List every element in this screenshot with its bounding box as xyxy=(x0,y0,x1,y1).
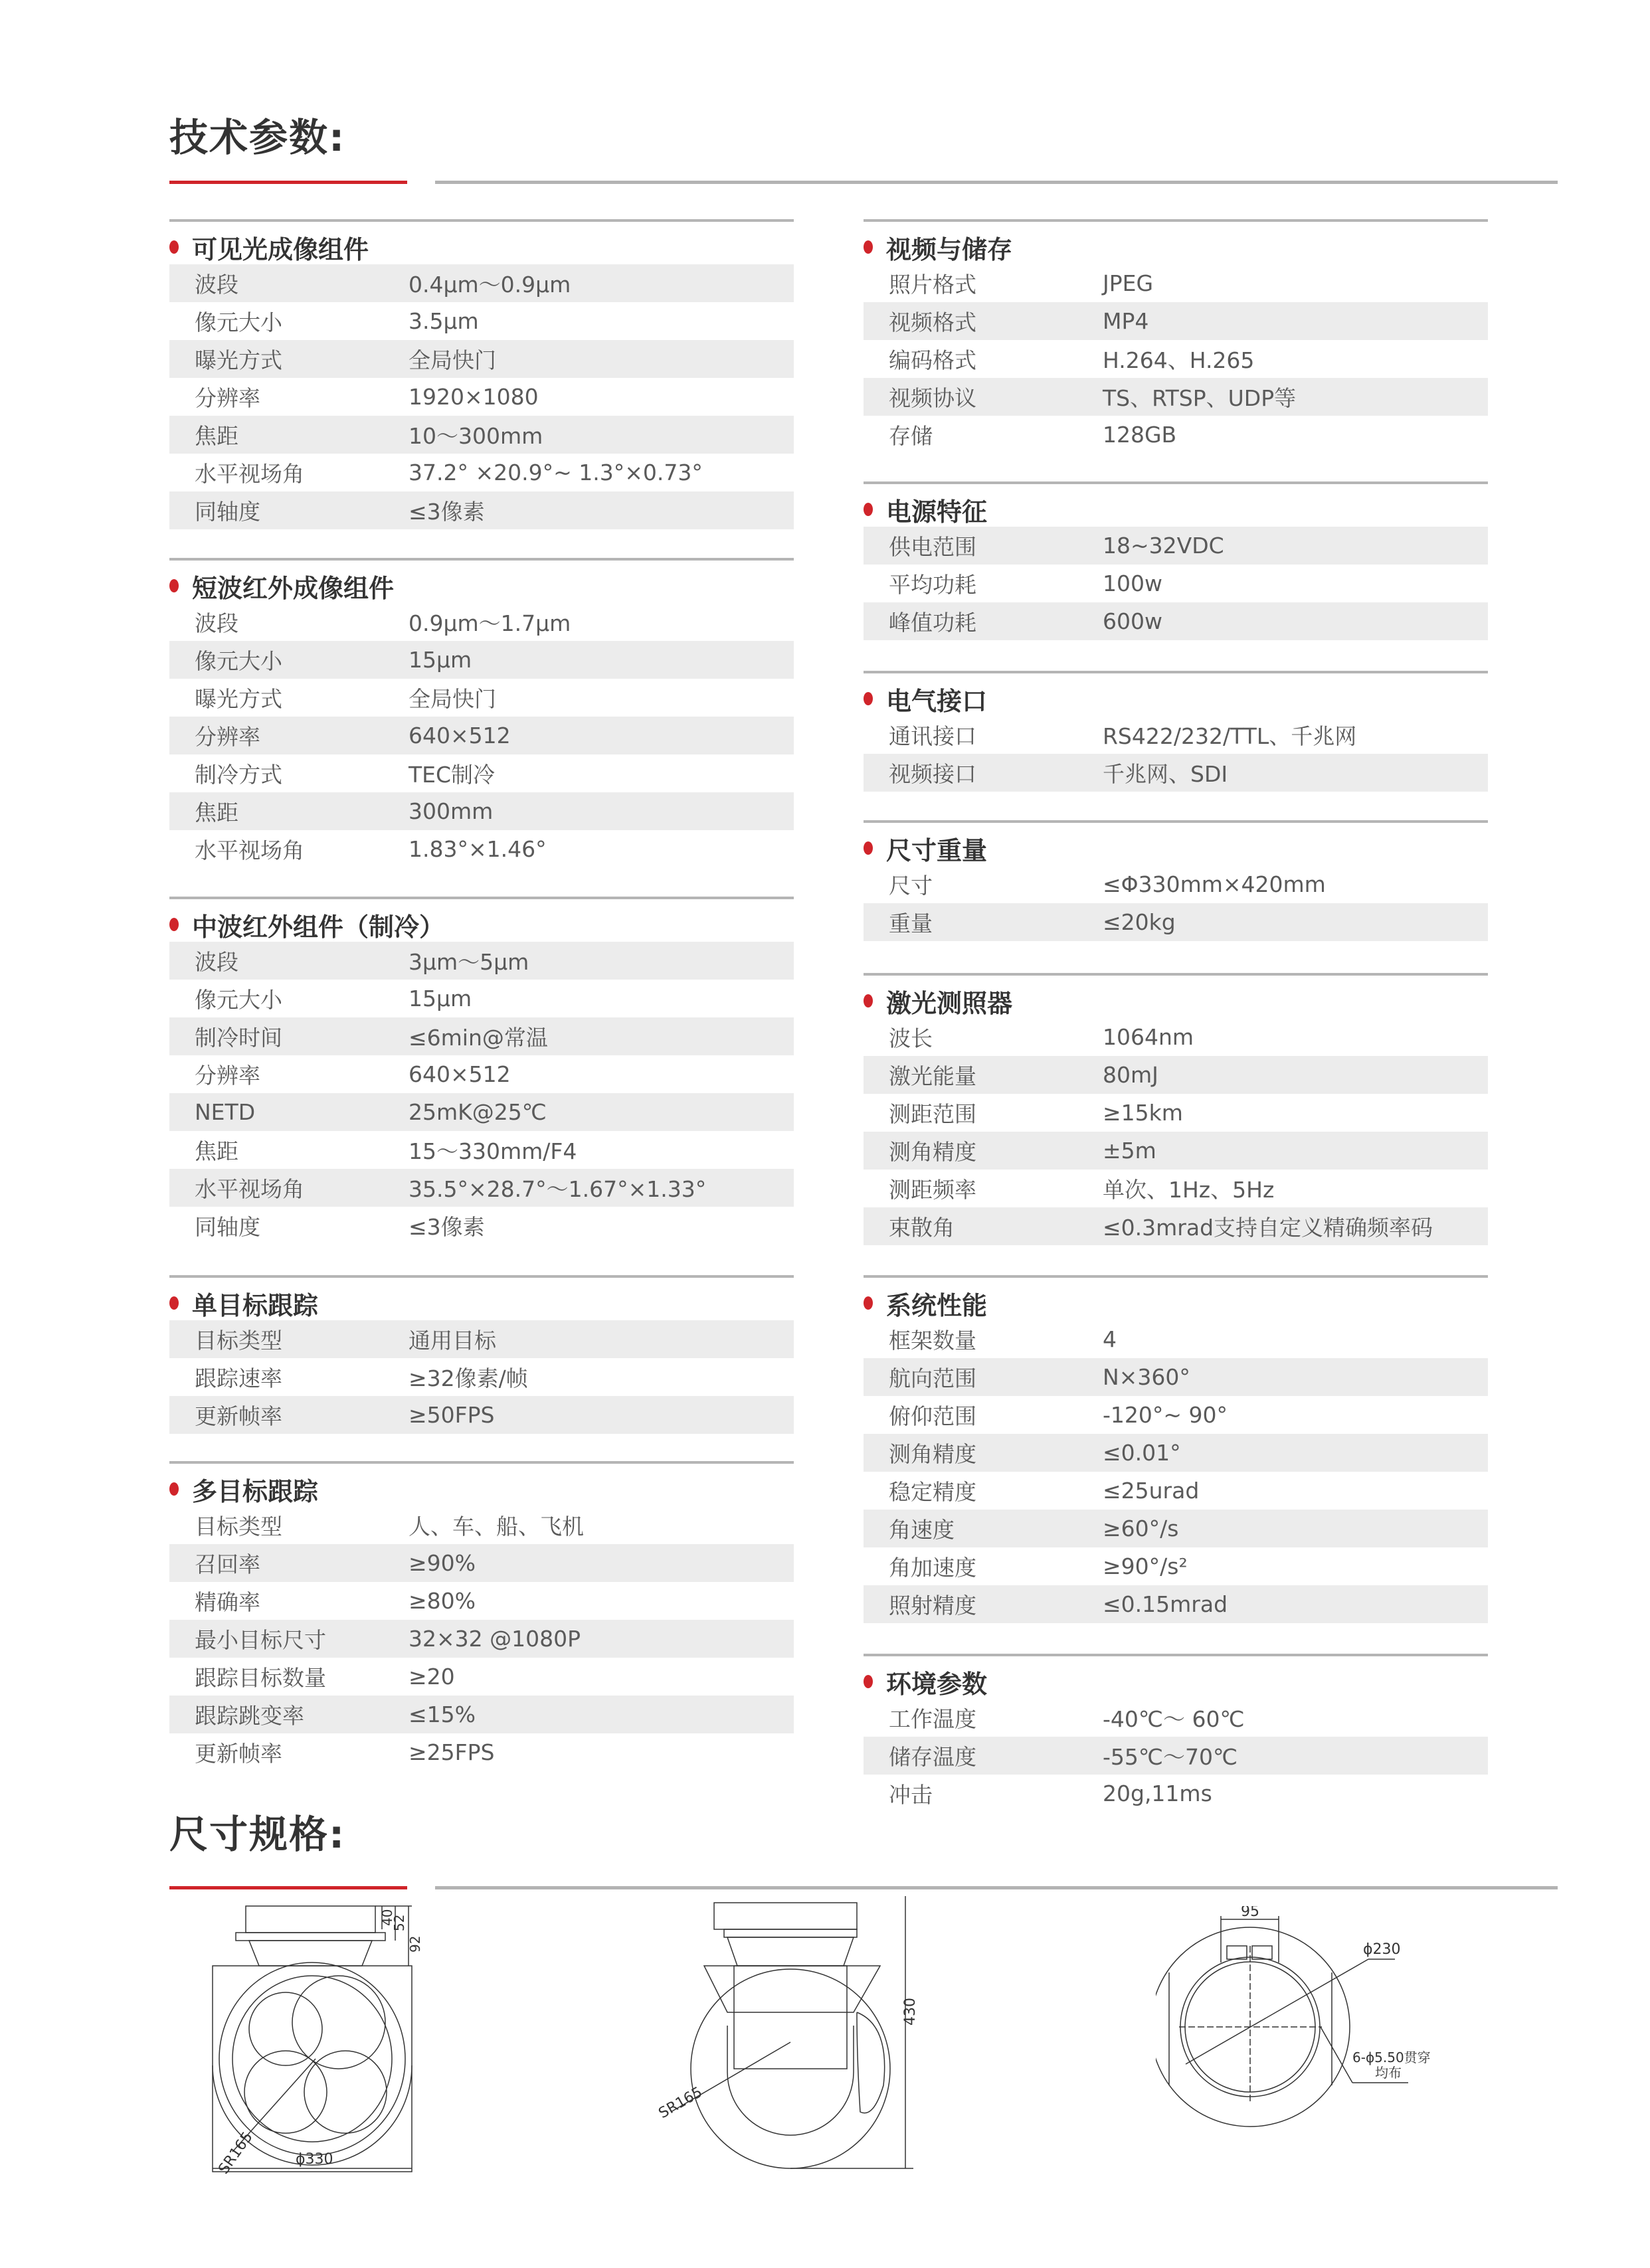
spec-value: ≥90°/s² xyxy=(1103,1553,1488,1579)
section-title: 中波红外组件（制冷） xyxy=(192,907,444,943)
spec-value: 千兆网、SDI xyxy=(1103,757,1488,788)
spec-label: 尺寸 xyxy=(864,869,1103,900)
spec-row: 照片格式JPEG xyxy=(864,264,1488,302)
section-header: 系统性能 xyxy=(864,1286,1488,1320)
spec-label: 角速度 xyxy=(864,1513,1103,1544)
spec-label: 跟踪速率 xyxy=(169,1361,409,1393)
bullet-dot-icon xyxy=(169,918,179,931)
spec-row: 视频协议TS、RTSP、UDP等 xyxy=(864,378,1488,416)
spec-label: 波段 xyxy=(169,945,409,976)
spec-value: ≤3像素 xyxy=(409,1210,794,1241)
spec-row: 同轴度≤3像素 xyxy=(169,1207,794,1245)
spec-label: 照射精度 xyxy=(864,1589,1103,1620)
section-title: 系统性能 xyxy=(886,1285,987,1322)
spec-label: 测角精度 xyxy=(864,1135,1103,1166)
spec-row: 波段3μm～5μm xyxy=(169,942,794,980)
spec-row: 水平视场角37.2° ×20.9°~ 1.3°×0.73° xyxy=(169,454,794,491)
spec-section: 单目标跟踪目标类型通用目标跟踪速率≥32像素/帧更新帧率≥50FPS xyxy=(169,1275,794,1434)
bullet-dot-icon xyxy=(864,1296,873,1310)
spec-section: 激光测照器波长1064nm激光能量80mJ测距范围≥15km测角精度±5m测距频… xyxy=(864,973,1488,1245)
spec-value: 1.83°×1.46° xyxy=(409,836,794,862)
spec-row: 焦距15～330mm/F4 xyxy=(169,1131,794,1169)
spec-label: 测角精度 xyxy=(864,1437,1103,1468)
spec-value: ≥15km xyxy=(1103,1100,1488,1126)
bullet-dot-icon xyxy=(864,692,873,705)
spec-value: ≤0.01° xyxy=(1103,1440,1488,1466)
section-divider xyxy=(864,820,1488,823)
spec-label: 同轴度 xyxy=(169,495,409,526)
section-header: 短波红外成像组件 xyxy=(169,568,794,603)
spec-label: 存储 xyxy=(864,419,1103,450)
bottom-diameter-label: ϕ230 xyxy=(1363,1941,1401,1958)
spec-value: ≥25FPS xyxy=(409,1739,794,1765)
spec-row: 测角精度±5m xyxy=(864,1132,1488,1170)
spec-label: 角加速度 xyxy=(864,1551,1103,1582)
spec-row: 更新帧率≥50FPS xyxy=(169,1396,794,1434)
spec-value: ≤20kg xyxy=(1103,909,1488,935)
spec-label: 供电范围 xyxy=(864,530,1103,561)
spec-row: 目标类型人、车、船、飞机 xyxy=(169,1506,794,1544)
holes-label-line2: 均布 xyxy=(1375,2065,1402,2081)
spec-label: 焦距 xyxy=(169,1134,409,1166)
spec-row: 通讯接口RS422/232/TTL、千兆网 xyxy=(864,716,1488,754)
spec-value: ≤15% xyxy=(409,1701,794,1727)
bullet-dot-icon xyxy=(169,1296,179,1310)
section-divider xyxy=(864,973,1488,976)
spec-label: 重量 xyxy=(864,907,1103,938)
spec-row: 更新帧率≥25FPS xyxy=(169,1733,794,1771)
spec-value: ≥60°/s xyxy=(1103,1516,1488,1541)
bullet-dot-icon xyxy=(169,579,179,592)
spec-row: 同轴度≤3像素 xyxy=(169,491,794,529)
bullet-dot-icon xyxy=(864,503,873,516)
bottom-width-label: 95 xyxy=(1241,1906,1259,1920)
spec-value: 3μm～5μm xyxy=(409,945,794,976)
spec-label: 波长 xyxy=(864,1021,1103,1053)
spec-label: 航向范围 xyxy=(864,1361,1103,1393)
spec-label: 目标类型 xyxy=(169,1510,409,1541)
spec-section: 多目标跟踪目标类型人、车、船、飞机召回率≥90%精确率≥80%最小目标尺寸32×… xyxy=(169,1461,794,1771)
spec-value: ≥32像素/帧 xyxy=(409,1361,794,1393)
bottom-view-drawing: 95 ϕ230 6-ϕ5.50贯穿 均布 xyxy=(1156,1906,1501,2198)
spec-label: 分辨率 xyxy=(169,1059,409,1090)
spec-label: NETD xyxy=(169,1099,409,1125)
spec-row: 激光能量80mJ xyxy=(864,1056,1488,1094)
spec-label: 同轴度 xyxy=(169,1210,409,1241)
spec-value: 20g,11ms xyxy=(1103,1781,1488,1806)
section-divider xyxy=(169,897,794,899)
spec-label: 跟踪跳变率 xyxy=(169,1699,409,1730)
spec-value: 通用目标 xyxy=(409,1324,794,1355)
spec-row: 分辨率1920×1080 xyxy=(169,378,794,416)
spec-row: 束散角≤0.3mrad支持自定义精确频率码 xyxy=(864,1207,1488,1245)
section-title: 电源特征 xyxy=(886,491,987,528)
spec-value: ≥90% xyxy=(409,1550,794,1576)
spec-label: 测距范围 xyxy=(864,1097,1103,1128)
spec-label: 跟踪目标数量 xyxy=(169,1661,409,1692)
spec-value: MP4 xyxy=(1103,308,1488,334)
bullet-dot-icon xyxy=(864,994,873,1007)
spec-row: 角加速度≥90°/s² xyxy=(864,1547,1488,1585)
spec-label: 冲击 xyxy=(864,1778,1103,1809)
section-header: 环境参数 xyxy=(864,1664,1488,1699)
spec-value: 全局快门 xyxy=(409,682,794,713)
spec-value: 15μm xyxy=(409,986,794,1011)
spec-label: 水平视场角 xyxy=(169,457,409,488)
section-divider xyxy=(864,1275,1488,1278)
spec-row: 测角精度≤0.01° xyxy=(864,1434,1488,1472)
spec-label: 稳定精度 xyxy=(864,1475,1103,1506)
spec-row: 像元大小15μm xyxy=(169,641,794,679)
spec-value: -40℃～ 60℃ xyxy=(1103,1702,1488,1733)
section-header: 尺寸重量 xyxy=(864,831,1488,865)
spec-label: 更新帧率 xyxy=(169,1399,409,1431)
spec-value: 37.2° ×20.9°~ 1.3°×0.73° xyxy=(409,460,794,485)
spec-value: 640×512 xyxy=(409,723,794,748)
spec-label: 曝光方式 xyxy=(169,682,409,713)
spec-label: 曝光方式 xyxy=(169,343,409,375)
spec-label: 峰值功耗 xyxy=(864,606,1103,637)
spec-row: 水平视场角35.5°×28.7°～1.67°×1.33° xyxy=(169,1169,794,1207)
spec-value: 10～300mm xyxy=(409,419,794,450)
spec-row: 视频接口千兆网、SDI xyxy=(864,754,1488,792)
spec-value: N×360° xyxy=(1103,1364,1488,1390)
spec-row: 重量≤20kg xyxy=(864,903,1488,941)
spec-row: 焦距10～300mm xyxy=(169,416,794,454)
holes-label-line1: 6-ϕ5.50贯穿 xyxy=(1352,2050,1431,2065)
spec-row: 波段0.9μm～1.7μm xyxy=(169,603,794,641)
spec-value: ≥80% xyxy=(409,1588,794,1614)
spec-label: 束散角 xyxy=(864,1211,1103,1242)
front-radius-label: SR165 xyxy=(215,2129,256,2178)
spec-label: 焦距 xyxy=(169,419,409,450)
spec-label: 制冷方式 xyxy=(169,758,409,789)
spec-row: 存储128GB xyxy=(864,416,1488,454)
spec-value: 80mJ xyxy=(1103,1062,1488,1088)
section-header: 中波红外组件（制冷） xyxy=(169,907,794,942)
spec-value: 1064nm xyxy=(1103,1024,1488,1050)
title-accent-rule xyxy=(169,181,407,184)
section-divider xyxy=(864,219,1488,222)
spec-label: 工作温度 xyxy=(864,1702,1103,1733)
spec-section: 视频与储存照片格式JPEG视频格式MP4编码格式H.264、H.265视频协议T… xyxy=(864,219,1488,454)
spec-section: 尺寸重量尺寸≤Φ330mm×420mm重量≤20kg xyxy=(864,820,1488,941)
spec-value: ≤3像素 xyxy=(409,495,794,526)
spec-section: 可见光成像组件波段0.4μm～0.9μm像元大小3.5μm曝光方式全局快门分辨率… xyxy=(169,219,794,529)
spec-row: 储存温度-55℃～70℃ xyxy=(864,1737,1488,1775)
spec-row: 分辨率640×512 xyxy=(169,1055,794,1093)
spec-value: TS、RTSP、UDP等 xyxy=(1103,381,1488,412)
front-view-drawing: 40 52 92 SR165 ϕ330 xyxy=(193,1893,472,2198)
dim-92-label: 92 xyxy=(407,1936,423,1953)
spec-section: 短波红外成像组件波段0.9μm～1.7μm像元大小15μm曝光方式全局快门分辨率… xyxy=(169,558,794,868)
spec-label: 目标类型 xyxy=(169,1324,409,1355)
section-header: 激光测照器 xyxy=(864,984,1488,1018)
spec-row: 照射精度≤0.15mrad xyxy=(864,1585,1488,1623)
spec-row: 制冷时间≤6min@常温 xyxy=(169,1017,794,1055)
spec-row: 曝光方式全局快门 xyxy=(169,679,794,717)
spec-row: 目标类型通用目标 xyxy=(169,1320,794,1358)
spec-value: 0.9μm～1.7μm xyxy=(409,606,794,638)
spec-label: 储存温度 xyxy=(864,1740,1103,1771)
spec-value: 128GB xyxy=(1103,422,1488,448)
spec-value: 15μm xyxy=(409,647,794,673)
side-view-drawing: SR165 430 xyxy=(654,1893,933,2198)
spec-value: ≤0.3mrad支持自定义精确频率码 xyxy=(1103,1211,1488,1242)
spec-value: ≥20 xyxy=(409,1664,794,1690)
spec-row: 稳定精度≤25urad xyxy=(864,1472,1488,1510)
spec-label: 更新帧率 xyxy=(169,1737,409,1768)
spec-row: 峰值功耗600w xyxy=(864,602,1488,640)
section-title: 电气接口 xyxy=(886,681,987,717)
bullet-dot-icon xyxy=(864,841,873,855)
spec-value: 600w xyxy=(1103,608,1488,634)
spec-value: 1920×1080 xyxy=(409,384,794,410)
spec-section: 系统性能框架数量4航向范围N×360°俯仰范围-120°~ 90°测角精度≤0.… xyxy=(864,1275,1488,1623)
spec-value: 100w xyxy=(1103,570,1488,596)
spec-row: 俯仰范围-120°~ 90° xyxy=(864,1396,1488,1434)
spec-value: 单次、1Hz、5Hz xyxy=(1103,1173,1488,1204)
spec-row: 航向范围N×360° xyxy=(864,1358,1488,1396)
spec-row: 跟踪速率≥32像素/帧 xyxy=(169,1358,794,1396)
spec-section: 电源特征供电范围18~32VDC平均功耗100w峰值功耗600w xyxy=(864,481,1488,640)
spec-row: 制冷方式TEC制冷 xyxy=(169,754,794,792)
spec-value: 18~32VDC xyxy=(1103,533,1488,559)
spec-value: -120°~ 90° xyxy=(1103,1402,1488,1428)
dimensions-divider-rule xyxy=(435,1886,1558,1889)
spec-value: 4 xyxy=(1103,1326,1488,1352)
section-title: 短波红外成像组件 xyxy=(192,568,394,604)
section-header: 电源特征 xyxy=(864,492,1488,527)
spec-label: 照片格式 xyxy=(864,268,1103,299)
spec-label: 分辨率 xyxy=(169,720,409,751)
section-divider xyxy=(864,671,1488,673)
bullet-dot-icon xyxy=(169,240,179,254)
spec-row: 精确率≥80% xyxy=(169,1582,794,1620)
spec-section: 环境参数工作温度-40℃～ 60℃储存温度-55℃～70℃冲击20g,11ms xyxy=(864,1654,1488,1812)
spec-label: 视频接口 xyxy=(864,757,1103,788)
spec-value: 300mm xyxy=(409,798,794,824)
side-height-label: 430 xyxy=(902,1998,919,2026)
front-diameter-label: ϕ330 xyxy=(296,2151,333,2168)
bullet-dot-icon xyxy=(864,240,873,254)
title-divider-rule xyxy=(435,181,1558,184)
section-title: 多目标跟踪 xyxy=(192,1471,318,1508)
spec-value: H.264、H.265 xyxy=(1103,343,1488,375)
spec-label: 视频协议 xyxy=(864,381,1103,412)
section-title: 激光测照器 xyxy=(886,983,1012,1019)
spec-row: 像元大小15μm xyxy=(169,980,794,1017)
spec-label: 波段 xyxy=(169,268,409,299)
spec-row: 尺寸≤Φ330mm×420mm xyxy=(864,865,1488,903)
spec-value: ≤25urad xyxy=(1103,1478,1488,1504)
spec-row: 波长1064nm xyxy=(864,1018,1488,1056)
section-divider xyxy=(864,481,1488,484)
spec-value: 人、车、船、飞机 xyxy=(409,1510,794,1541)
spec-label: 像元大小 xyxy=(169,644,409,675)
section-header: 可见光成像组件 xyxy=(169,230,794,264)
spec-label: 编码格式 xyxy=(864,343,1103,375)
spec-label: 框架数量 xyxy=(864,1324,1103,1355)
spec-value: ≤0.15mrad xyxy=(1103,1591,1488,1617)
spec-row: 工作温度-40℃～ 60℃ xyxy=(864,1699,1488,1737)
section-divider xyxy=(169,1461,794,1464)
spec-value: 640×512 xyxy=(409,1061,794,1087)
spec-value: 15～330mm/F4 xyxy=(409,1134,794,1166)
spec-value: 0.4μm～0.9μm xyxy=(409,268,794,299)
spec-row: 冲击20g,11ms xyxy=(864,1775,1488,1812)
section-title: 单目标跟踪 xyxy=(192,1285,318,1322)
bullet-dot-icon xyxy=(864,1675,873,1688)
spec-label: 水平视场角 xyxy=(169,1172,409,1203)
section-header: 单目标跟踪 xyxy=(169,1286,794,1320)
spec-value: 25mK@25℃ xyxy=(409,1099,794,1125)
spec-value: TEC制冷 xyxy=(409,758,794,789)
spec-value: 35.5°×28.7°～1.67°×1.33° xyxy=(409,1172,794,1203)
spec-row: 测距频率单次、1Hz、5Hz xyxy=(864,1170,1488,1207)
spec-label: 像元大小 xyxy=(169,305,409,337)
spec-value: ≤Φ330mm×420mm xyxy=(1103,871,1488,897)
section-header: 电气接口 xyxy=(864,681,1488,716)
spec-value: 32×32 @1080P xyxy=(409,1626,794,1652)
spec-row: 最小目标尺寸32×32 @1080P xyxy=(169,1620,794,1658)
spec-row: 框架数量4 xyxy=(864,1320,1488,1358)
spec-label: 精确率 xyxy=(169,1585,409,1616)
spec-value: RS422/232/TTL、千兆网 xyxy=(1103,719,1488,750)
spec-label: 制冷时间 xyxy=(169,1021,409,1052)
section-title: 可见光成像组件 xyxy=(192,229,369,266)
section-divider xyxy=(864,1654,1488,1656)
spec-row: 分辨率640×512 xyxy=(169,717,794,754)
spec-label: 水平视场角 xyxy=(169,833,409,865)
spec-section: 中波红外组件（制冷）波段3μm～5μm像元大小15μm制冷时间≤6min@常温分… xyxy=(169,897,794,1245)
spec-value: ≥50FPS xyxy=(409,1402,794,1428)
spec-value: -55℃～70℃ xyxy=(1103,1740,1488,1771)
side-radius-label: SR165 xyxy=(656,2084,705,2122)
spec-label: 分辨率 xyxy=(169,381,409,412)
spec-row: 曝光方式全局快门 xyxy=(169,340,794,378)
spec-row: 焦距300mm xyxy=(169,792,794,830)
spec-label: 俯仰范围 xyxy=(864,1399,1103,1431)
spec-row: 水平视场角1.83°×1.46° xyxy=(169,830,794,868)
spec-row: NETD25mK@25℃ xyxy=(169,1093,794,1131)
page-title-dimensions: 尺寸规格: xyxy=(169,1803,345,1859)
spec-label: 测距频率 xyxy=(864,1173,1103,1204)
spec-row: 召回率≥90% xyxy=(169,1544,794,1582)
spec-label: 激光能量 xyxy=(864,1059,1103,1090)
spec-label: 最小目标尺寸 xyxy=(169,1623,409,1654)
spec-label: 召回率 xyxy=(169,1547,409,1579)
spec-value: 全局快门 xyxy=(409,343,794,375)
spec-label: 视频格式 xyxy=(864,305,1103,337)
spec-row: 编码格式H.264、H.265 xyxy=(864,340,1488,378)
spec-value: ±5m xyxy=(1103,1138,1488,1164)
section-header: 视频与储存 xyxy=(864,230,1488,264)
spec-row: 角速度≥60°/s xyxy=(864,1510,1488,1547)
spec-row: 视频格式MP4 xyxy=(864,302,1488,340)
page-title-specs: 技术参数: xyxy=(169,106,345,162)
section-divider xyxy=(169,1275,794,1278)
section-divider xyxy=(169,558,794,561)
section-title: 尺寸重量 xyxy=(886,830,987,867)
bullet-dot-icon xyxy=(169,1482,179,1496)
spec-row: 跟踪目标数量≥20 xyxy=(169,1658,794,1696)
spec-value: JPEG xyxy=(1103,270,1488,296)
spec-label: 通讯接口 xyxy=(864,719,1103,750)
spec-row: 波段0.4μm～0.9μm xyxy=(169,264,794,302)
section-title: 视频与储存 xyxy=(886,229,1012,266)
spec-row: 像元大小3.5μm xyxy=(169,302,794,340)
spec-row: 测距范围≥15km xyxy=(864,1094,1488,1132)
dim-52-label: 52 xyxy=(391,1915,407,1931)
spec-label: 波段 xyxy=(169,606,409,638)
section-divider xyxy=(169,219,794,222)
spec-row: 跟踪跳变率≤15% xyxy=(169,1696,794,1733)
spec-row: 供电范围18~32VDC xyxy=(864,527,1488,565)
spec-row: 平均功耗100w xyxy=(864,565,1488,602)
spec-value: 3.5μm xyxy=(409,308,794,334)
spec-label: 焦距 xyxy=(169,796,409,827)
spec-label: 像元大小 xyxy=(169,983,409,1014)
spec-label: 平均功耗 xyxy=(864,568,1103,599)
section-title: 环境参数 xyxy=(886,1664,987,1700)
spec-value: ≤6min@常温 xyxy=(409,1021,794,1052)
dimensions-accent-rule xyxy=(169,1886,407,1889)
spec-section: 电气接口通讯接口RS422/232/TTL、千兆网视频接口千兆网、SDI xyxy=(864,671,1488,792)
section-header: 多目标跟踪 xyxy=(169,1472,794,1506)
